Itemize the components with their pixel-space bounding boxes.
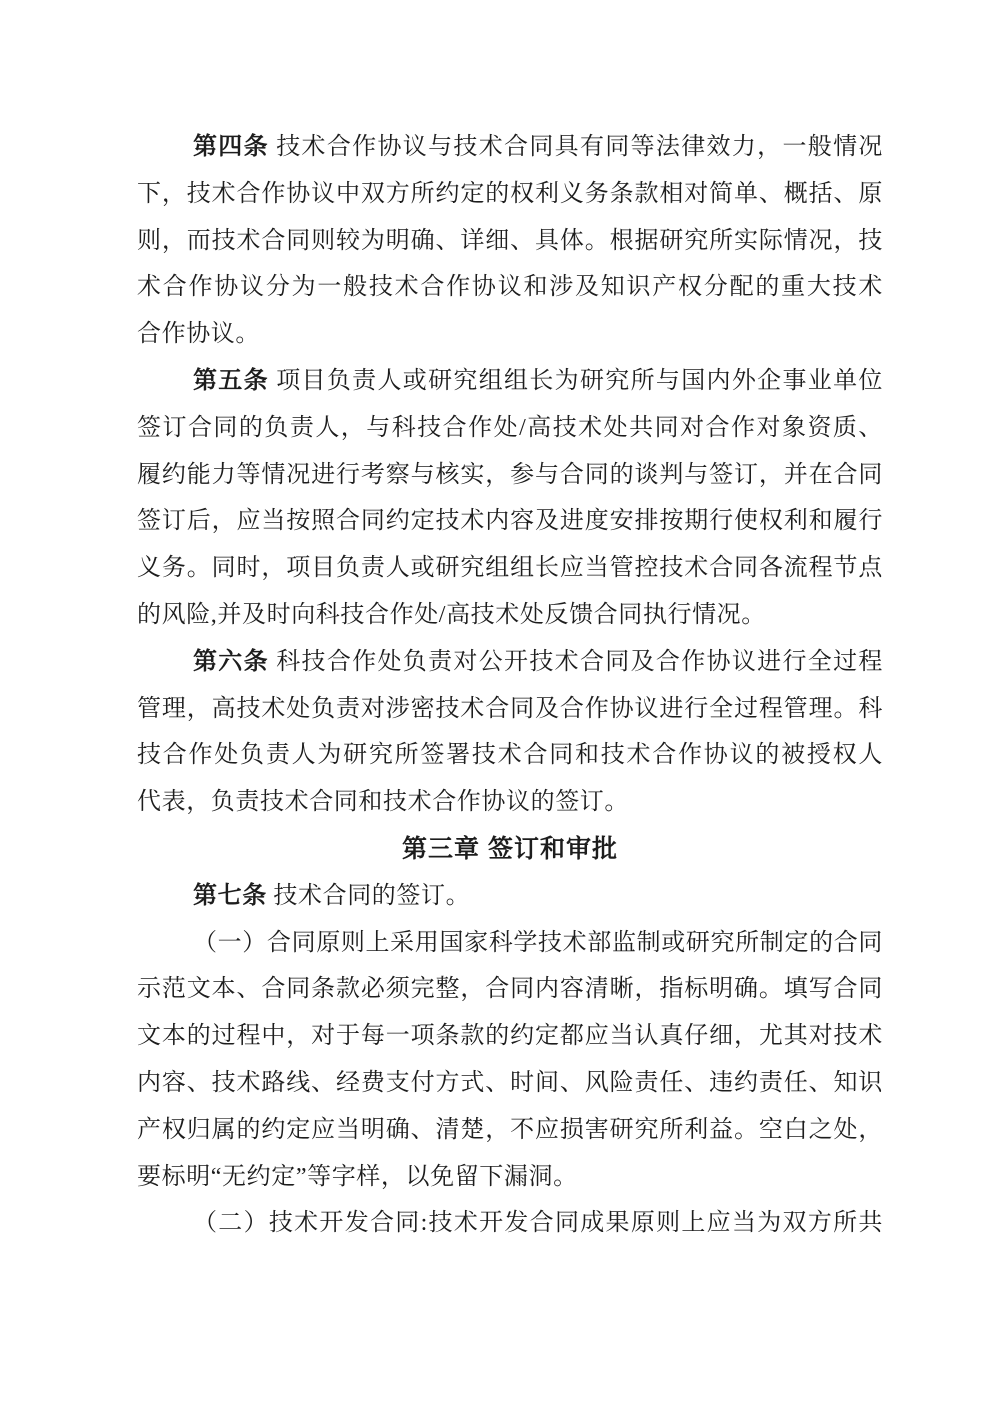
text-line: （一）合同原则上采用国家科学技术部监制或研究所制定的合同 [137, 920, 883, 967]
text-line: （二）技术开发合同:技术开发合同成果原则上应当为双方所共 [137, 1200, 883, 1247]
clause-number: 第五条 [193, 368, 269, 394]
text-line: 履约能力等情况进行考察与核实，参与合同的谈判与签订，并在合同 [137, 452, 883, 499]
text-line: 术合作协议分为一般技术合作协议和涉及知识产权分配的重大技术 [137, 264, 883, 311]
text-line: 第六条 科技合作处负责对公开技术合同及合作协议进行全过程 [137, 639, 883, 686]
clause-number: 第六条 [193, 649, 269, 675]
article-5: 第五条 项目负责人或研究组组长为研究所与国内外企事业单位签订合同的负责人，与科技… [137, 358, 883, 639]
text-line: 技合作处负责人为研究所签署技术合同和技术合作协议的被授权人 [137, 732, 883, 779]
text-line: 义务。同时，项目负责人或研究组组长应当管控技术合同各流程节点 [137, 545, 883, 592]
item-2: （二）技术开发合同:技术开发合同成果原则上应当为双方所共 [137, 1200, 883, 1247]
text-line: 第四条 技术合作协议与技术合同具有同等法律效力，一般情况 [137, 124, 883, 171]
text-line: 下，技术合作协议中双方所约定的权利义务条款相对简单、概括、原 [137, 171, 883, 218]
article-7: 第七条 技术合同的签订。 [137, 873, 883, 920]
text-line: 要标明“无约定”等字样，以免留下漏洞。 [137, 1154, 883, 1201]
text-line: 则，而技术合同则较为明确、详细、具体。根据研究所实际情况，技 [137, 218, 883, 265]
text-line: 的风险,并及时向科技合作处/高技术处反馈合同执行情况。 [137, 592, 883, 639]
text-line: 签订后，应当按照合同约定技术内容及进度安排按期行使权利和履行 [137, 498, 883, 545]
text-line: 示范文本、合同条款必须完整，合同内容清晰，指标明确。填写合同 [137, 966, 883, 1013]
chapter-3-heading: 第三章 签订和审批 [137, 826, 883, 873]
text-line: 第五条 项目负责人或研究组组长为研究所与国内外企事业单位 [137, 358, 883, 405]
text-line: 管理，高技术处负责对涉密技术合同及合作协议进行全过程管理。科 [137, 686, 883, 733]
text-line: 代表，负责技术合同和技术合作协议的签订。 [137, 779, 883, 826]
text-line: 产权归属的约定应当明确、清楚，不应损害研究所利益。空白之处， [137, 1107, 883, 1154]
article-4: 第四条 技术合作协议与技术合同具有同等法律效力，一般情况下，技术合作协议中双方所… [137, 124, 883, 358]
text-line: 第七条 技术合同的签订。 [137, 873, 883, 920]
text-line: 签订合同的负责人，与科技合作处/高技术处共同对合作对象资质、 [137, 405, 883, 452]
clause-number: 第四条 [193, 134, 269, 160]
text-line: 合作协议。 [137, 311, 883, 358]
document-body: 第四条 技术合作协议与技术合同具有同等法律效力，一般情况下，技术合作协议中双方所… [137, 124, 883, 1247]
document-page: 第四条 技术合作协议与技术合同具有同等法律效力，一般情况下，技术合作协议中双方所… [0, 0, 991, 1403]
text-line: 内容、技术路线、经费支付方式、时间、风险责任、违约责任、知识 [137, 1060, 883, 1107]
text-line: 文本的过程中，对于每一项条款的约定都应当认真仔细，尤其对技术 [137, 1013, 883, 1060]
item-1: （一）合同原则上采用国家科学技术部监制或研究所制定的合同示范文本、合同条款必须完… [137, 920, 883, 1201]
clause-number: 第七条 [193, 883, 267, 909]
article-6: 第六条 科技合作处负责对公开技术合同及合作协议进行全过程管理，高技术处负责对涉密… [137, 639, 883, 826]
